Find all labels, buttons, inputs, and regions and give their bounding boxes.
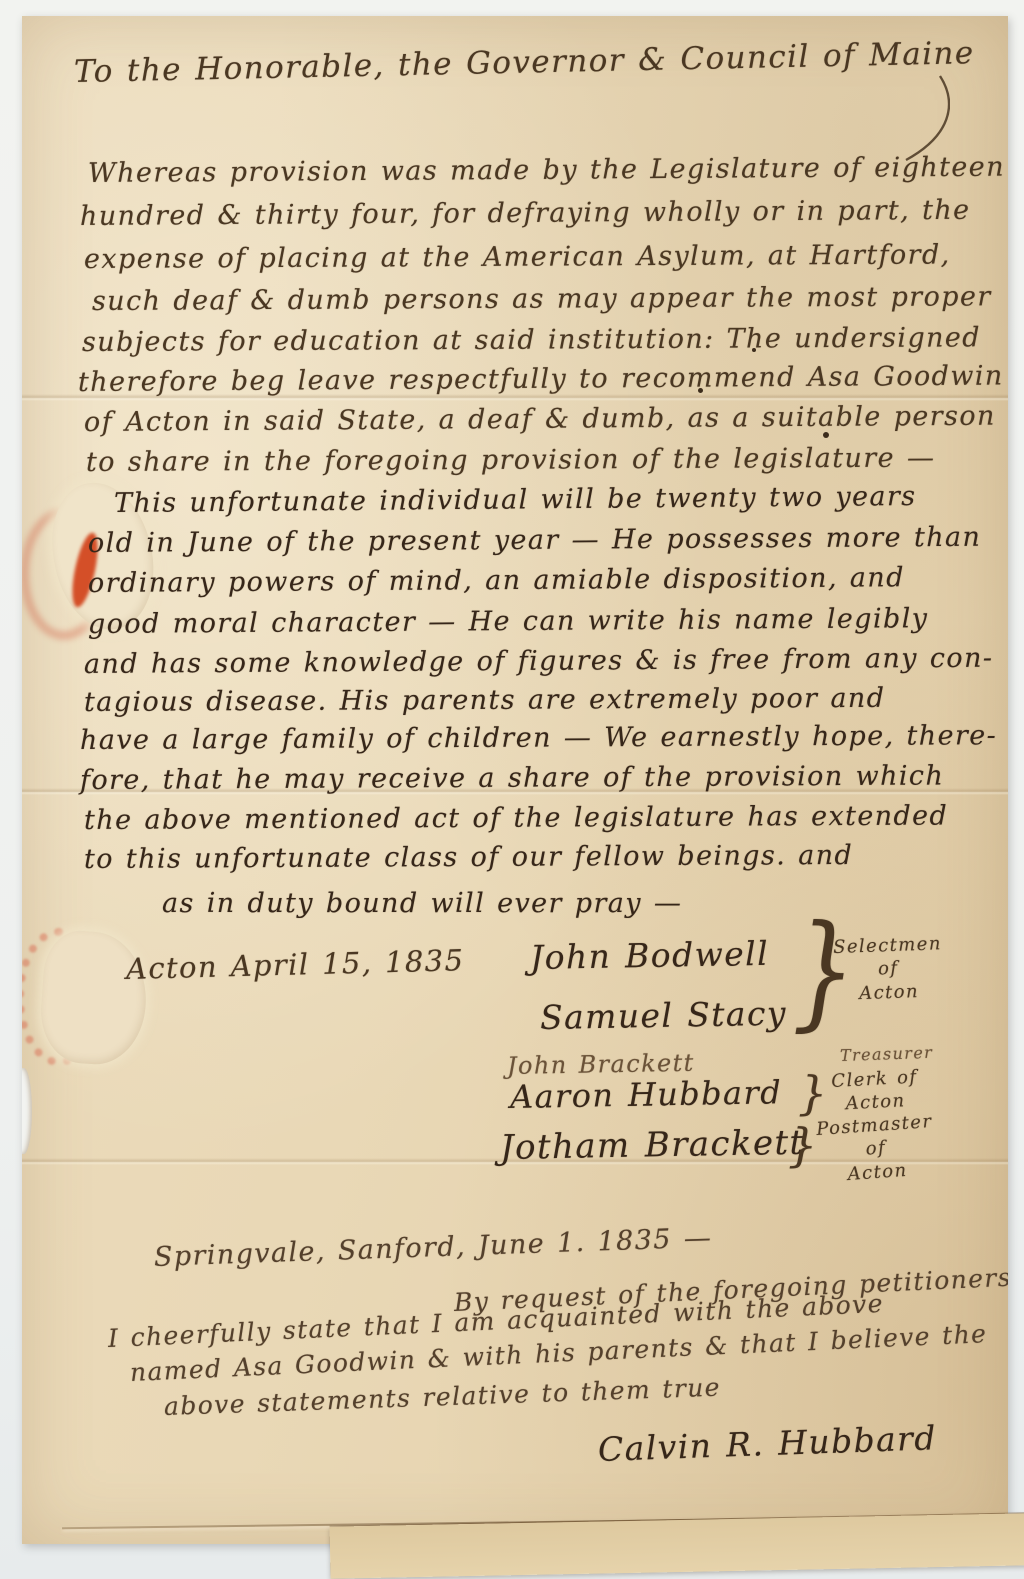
letter-line: to share in the foregoing provision of t… <box>86 443 936 478</box>
treasurer-label: Treasurer <box>840 1043 934 1065</box>
signature-john-bodwell: John Bodwell <box>530 934 770 977</box>
letter-line: hundred & thirty four, for defraying who… <box>80 195 971 232</box>
letter-line: tagious disease. His parents are extreme… <box>84 683 886 718</box>
letter-heading: To the Honorable, the Governor & Council… <box>74 35 975 90</box>
scanned-letter: { "colors": { "paper": "#e9d8b6", "ink":… <box>0 0 1024 1579</box>
letter-line: of Acton in said State, a deaf & dumb, a… <box>84 401 996 438</box>
clerk-brace: } <box>798 1066 827 1120</box>
letter-line: have a large family of children — We ear… <box>80 720 997 756</box>
letter-line: such deaf & dumb persons as may appear t… <box>92 281 992 317</box>
selectmen-label: Selectmen of Acton <box>833 932 944 1006</box>
letter-line: expense of placing at the American Asylu… <box>84 239 951 275</box>
letter-line: This unfortunate individual will be twen… <box>114 481 917 519</box>
edge-tear <box>22 1068 32 1154</box>
letter-page: To the Honorable, the Governor & Council… <box>22 16 1008 1544</box>
ink-blot-2 <box>823 432 829 438</box>
paper-tear-patch <box>38 929 151 1068</box>
letter-line: subjects for education at said instituti… <box>82 322 981 358</box>
postmaster-label: Postmaster of Acton <box>816 1110 937 1188</box>
letter-line: fore, that he may receive a share of the… <box>80 760 944 796</box>
letter-line: and has some knowledge of figures & is f… <box>84 643 994 680</box>
clerk-label: Clerk of Acton <box>831 1066 919 1117</box>
signature-aaron-hubbard: Aaron Hubbard <box>510 1073 783 1116</box>
letter-line: to this unfortunate class of our fellow … <box>84 840 853 875</box>
postmaster-brace: } <box>788 1118 817 1172</box>
addendum-place-date: Springvale, Sanford, June 1. 1835 — <box>153 1223 712 1273</box>
signature-calvin-hubbard: Calvin R. Hubbard <box>597 1418 937 1469</box>
place-date: Acton April 15, 1835 <box>126 943 465 986</box>
letter-line: the above mentioned act of the legislatu… <box>84 800 948 836</box>
letter-line: Whereas provision was made by the Legisl… <box>88 152 1005 189</box>
letter-line: ordinary powers of mind, an amiable disp… <box>88 562 905 599</box>
letter-line: good moral character — He can write his … <box>88 603 929 640</box>
letter-line: therefore beg leave respectfully to reco… <box>78 361 1004 398</box>
signature-jotham-brackett: Jotham Brackett <box>500 1123 805 1168</box>
signature-samuel-stacy: Samuel Stacy <box>540 994 788 1037</box>
letter-line: old in June of the present year — He pos… <box>88 522 982 559</box>
closing-line: as in duty bound will ever pray — <box>162 888 682 919</box>
